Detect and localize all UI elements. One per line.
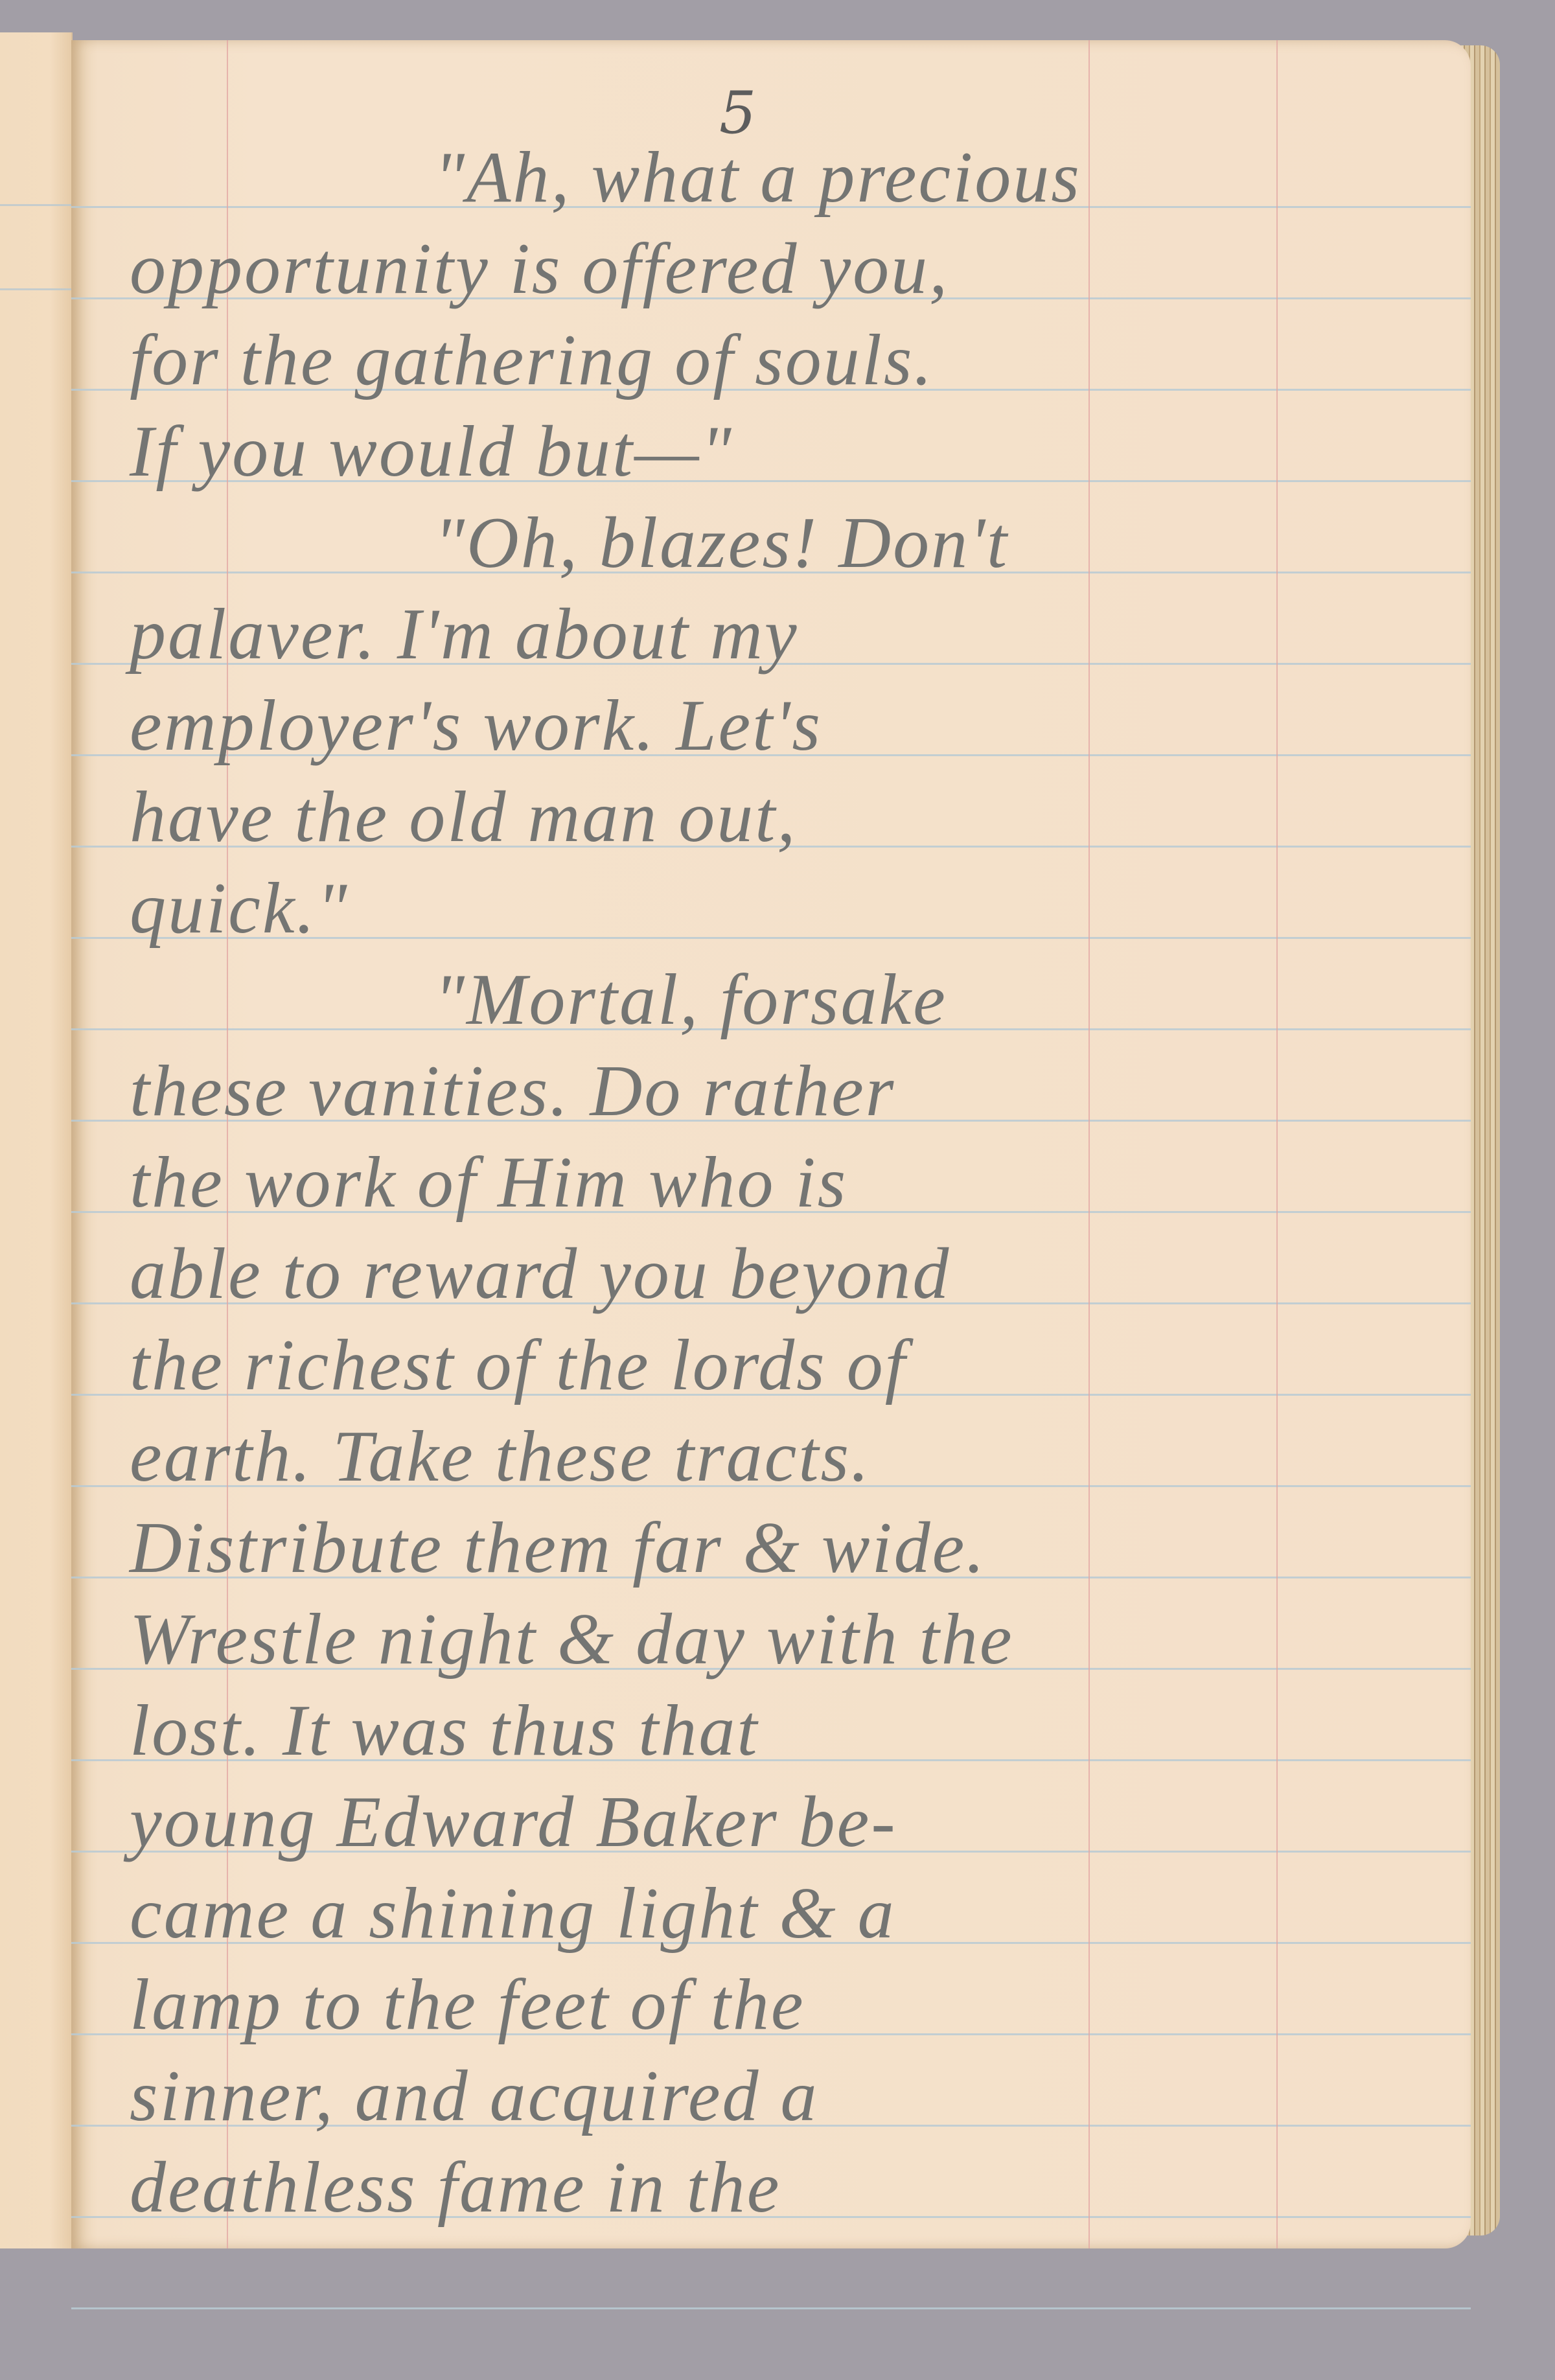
- text-line: the richest of the lords of: [130, 1329, 907, 1402]
- text-line: palaver. I'm about my: [130, 598, 799, 671]
- text-line: these vanities. Do rather: [130, 1055, 895, 1127]
- ruled-line: [71, 2307, 1471, 2309]
- text-line: "Oh, blazes! Don't: [434, 507, 1009, 579]
- ruled-line: [0, 288, 71, 290]
- ruled-line: [0, 204, 71, 206]
- text-line: "Mortal, forsake: [434, 964, 947, 1036]
- text-line: "Ah, what a precious: [434, 141, 1081, 214]
- text-line: Distribute them far & wide.: [130, 1512, 986, 1584]
- facing-page-left: [0, 32, 73, 2248]
- text-line: quick.": [130, 872, 349, 945]
- text-line: have the old man out,: [130, 781, 797, 853]
- text-line: If you would but—": [130, 415, 733, 488]
- text-line: employer's work. Let's: [130, 689, 822, 762]
- notebook-page: 5 "Ah, what a preciousopportunity is off…: [71, 40, 1471, 2248]
- text-line: able to reward you beyond: [130, 1238, 950, 1310]
- text-line: earth. Take these tracts.: [130, 1420, 871, 1493]
- text-line: came a shining light & a: [130, 1877, 896, 1950]
- text-line: sinner, and acquired a: [130, 2060, 819, 2132]
- text-line: Wrestle night & day with the: [130, 1603, 1014, 1676]
- margin-line: [1088, 40, 1090, 2248]
- text-line: young Edward Baker be-: [130, 1786, 897, 1858]
- text-line: opportunity is offered you,: [130, 233, 949, 305]
- text-line: deathless fame in the: [130, 2151, 781, 2224]
- margin-line: [1276, 40, 1278, 2248]
- text-line: lost. It was thus that: [130, 1694, 759, 1767]
- text-line: lamp to the feet of the: [130, 1969, 805, 2041]
- text-line: for the gathering of souls.: [130, 324, 934, 397]
- text-line: the work of Him who is: [130, 1146, 847, 1219]
